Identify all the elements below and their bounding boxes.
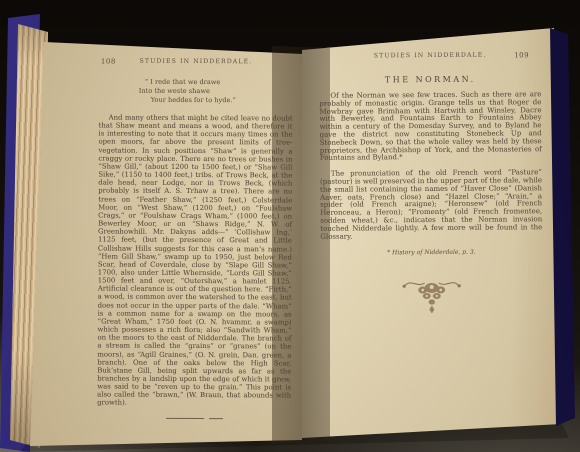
tailpiece-ornament-icon bbox=[321, 276, 543, 322]
right-running-header: STUDIES IN NIDDERDALE. bbox=[319, 51, 541, 60]
verse-quote: “ I rede that we drawe Into the weste sh… bbox=[99, 77, 293, 105]
chapter-heading: THE NORMAN. bbox=[319, 74, 541, 85]
left-page-body: And many others that might be cited leav… bbox=[97, 113, 293, 408]
right-page-paragraph-1: Of the Norman we see few traces. Such as… bbox=[319, 91, 541, 163]
footnote: * History of Nidderdale, p. 3. bbox=[320, 249, 542, 258]
right-page-header-row: STUDIES IN NIDDERDALE. 109 bbox=[319, 51, 541, 63]
right-page-number: 109 bbox=[514, 51, 529, 59]
left-page-number: 108 bbox=[101, 58, 116, 66]
right-page: STUDIES IN NIDDERDALE. 109 THE NORMAN. O… bbox=[319, 51, 543, 321]
left-page: 108 STUDIES IN NIDDERDALE. “ I rede that… bbox=[97, 57, 293, 419]
left-running-header: STUDIES IN NIDDERDALE. bbox=[99, 57, 293, 65]
open-book-photo: 108 STUDIES IN NIDDERDALE. “ I rede that… bbox=[0, 0, 580, 452]
verse-line-3: Your heddes for to hyde.” bbox=[99, 95, 293, 105]
right-page-paragraph-2: The pronunciation of the old French word… bbox=[320, 169, 542, 241]
left-page-header-row: 108 STUDIES IN NIDDERDALE. bbox=[99, 57, 293, 68]
